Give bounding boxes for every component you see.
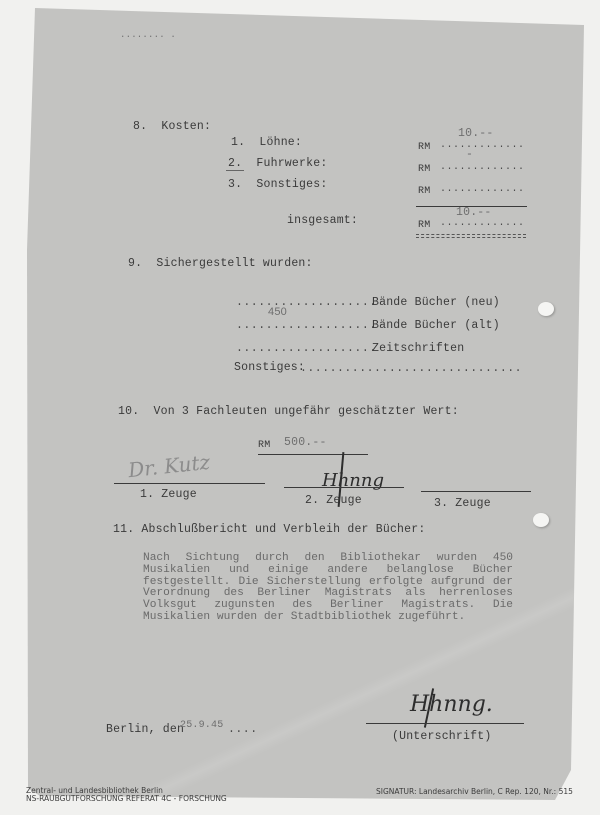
date-value: 25.9.45 <box>180 720 223 731</box>
estimated-value-underline <box>258 454 368 455</box>
cost-item-2-underline <box>226 170 244 171</box>
cost-item-currency-3: RM <box>418 186 430 197</box>
witness3-signature-line <box>421 491 531 492</box>
witness2-signature-line <box>284 487 404 488</box>
cost-item-value-2: - <box>466 148 473 161</box>
section8-title: 8. Kosten: <box>133 120 211 133</box>
secured-dots-1: ................... <box>236 296 377 309</box>
secured-other-label: Sonstiges: <box>234 361 305 374</box>
header-remnant: ........ . <box>120 30 176 40</box>
place-date-label: Berlin, den <box>106 723 184 736</box>
cost-item-dots-1: ............. <box>440 140 525 151</box>
estimated-value-amount: 500.-- <box>284 436 327 449</box>
cost-item-label-1: 1. Löhne: <box>231 136 302 149</box>
secured-label-2: Bände Bücher (alt) <box>372 319 500 332</box>
total-currency: RM <box>418 220 430 231</box>
signature-label: (Unterschrift) <box>392 730 491 743</box>
secured-label-3: Zeitschriften <box>372 342 464 355</box>
cost-item-label-3: 3. Sonstiges: <box>228 178 327 191</box>
secured-other-dots: .............................. <box>300 362 522 375</box>
footer-department: NS-RAUBGUTFORSCHUNG REFERAT 4C - FORSCHU… <box>26 795 227 803</box>
punch-hole-upper <box>538 302 554 316</box>
total-dots: ............. <box>440 218 525 229</box>
cost-item-label-2: 2. Fuhrwerke: <box>228 157 327 170</box>
section9-title: 9. Sichergestellt wurden: <box>128 257 313 270</box>
closing-signature: Hhnng. <box>410 692 493 717</box>
secured-dots-3: ................... <box>236 342 377 355</box>
section11-title: 11. Abschlußbericht und Verbleih der Büc… <box>113 523 425 536</box>
cost-item-dots-3: ............. <box>440 184 525 195</box>
cost-item-currency-2: RM <box>418 164 430 175</box>
punch-hole-lower <box>533 513 549 527</box>
secured-label-1: Bände Bücher (neu) <box>372 296 500 309</box>
witness1-label: 1. Zeuge <box>140 488 197 501</box>
cost-item-dots-2: ............. <box>440 162 525 173</box>
cost-item-currency-1: RM <box>418 142 430 153</box>
estimated-value-currency: RM <box>258 440 270 451</box>
final-report-text: Nach Sichtung durch den Bibliothekar wur… <box>143 553 513 624</box>
date-dots: .... <box>228 723 258 736</box>
witness1-signature-line <box>114 483 265 484</box>
signature-line <box>366 723 524 724</box>
witness3-label: 3. Zeuge <box>434 497 491 510</box>
secured-dots-2: ................... <box>236 319 377 332</box>
cost-item-value-1: 10.-- <box>458 127 494 140</box>
secured-value-2: 450 <box>268 306 287 318</box>
total-label: insgesamt: <box>287 214 358 227</box>
footer-signature-ref: SIGNATUR: Landesarchiv Berlin, C Rep. 12… <box>376 788 573 796</box>
section10-title: 10. Von 3 Fachleuten ungefähr geschätzte… <box>118 405 459 418</box>
witness2-label: 2. Zeuge <box>305 494 362 507</box>
total-double-underline <box>416 234 526 238</box>
